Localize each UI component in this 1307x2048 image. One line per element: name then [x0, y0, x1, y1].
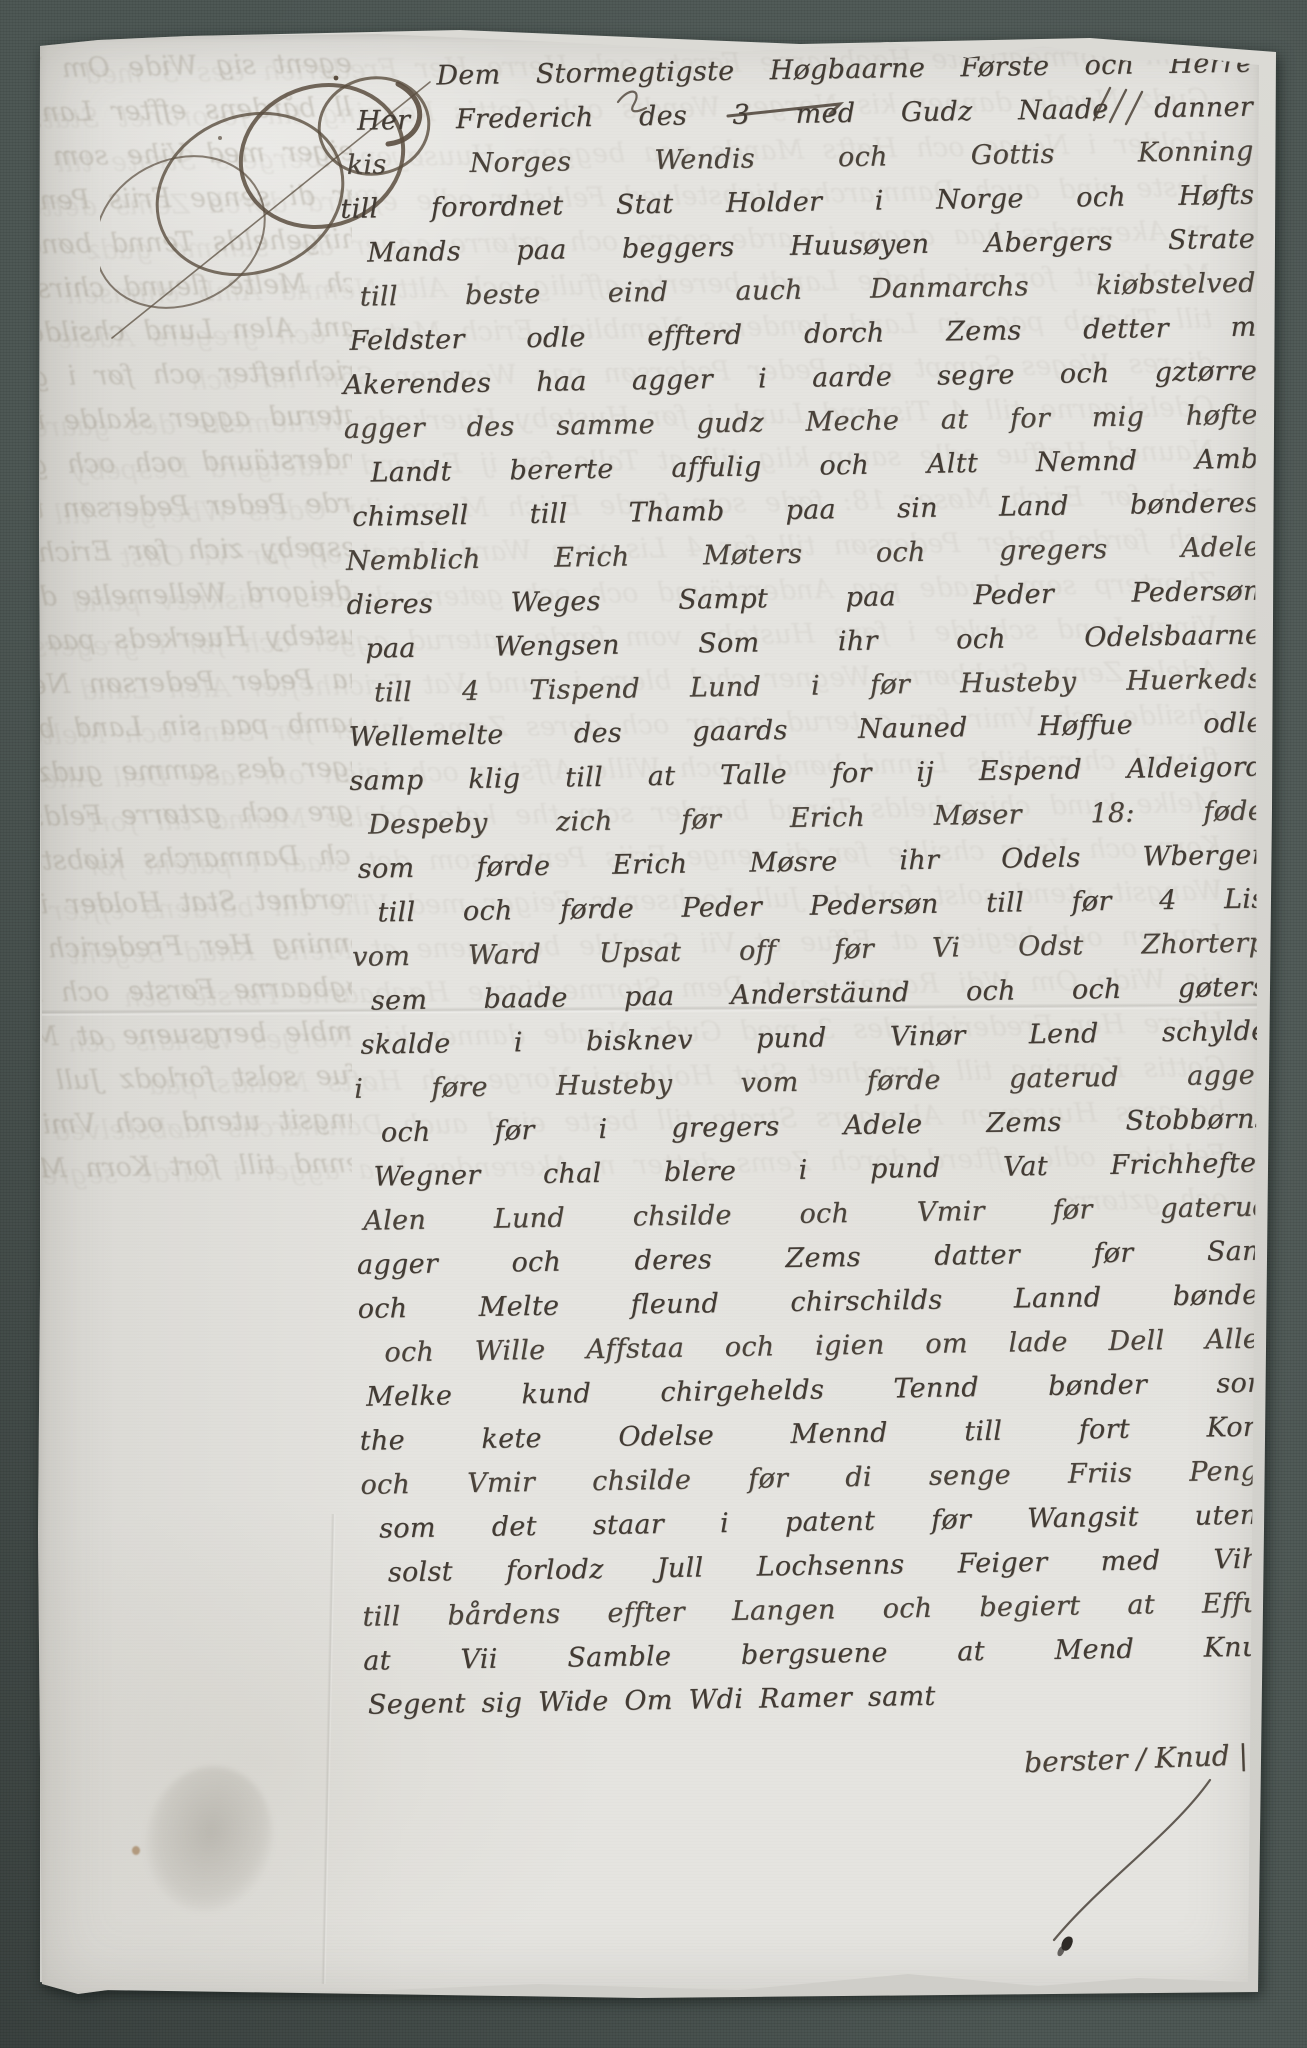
- signature-swash: [1038, 1752, 1228, 1962]
- manuscript-text: Dem Stormegtigste Høgbaarne Første och H…: [338, 42, 1278, 1728]
- paper-stack: Dem Stormegtigste Høgbaarne Første och H…: [0, 0, 1307, 2048]
- manuscript-page: Dem Stormegtigste Høgbaarne Første och H…: [38, 34, 1262, 1998]
- archive-photo: Dem Stormegtigste Høgbaarne Første och H…: [0, 0, 1307, 2048]
- rust-spot: [132, 1846, 140, 1855]
